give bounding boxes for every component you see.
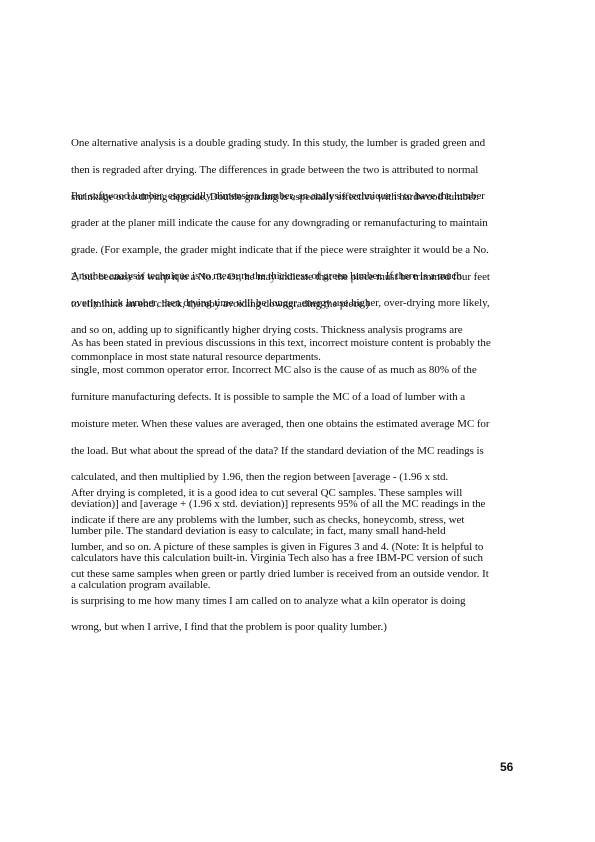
text-line: then is regraded after drying. The diffe…: [71, 164, 533, 177]
text-line: After drying is completed, it is a good …: [71, 487, 533, 500]
text-line: overly thick lumber, then drying time wi…: [71, 297, 533, 310]
text-line: is surprising to me how many times I am …: [71, 595, 533, 608]
text-line: grade. (For example, the grader might in…: [71, 244, 533, 257]
text-line: wrong, but when I arrive, I find that th…: [71, 621, 533, 634]
text-line: For softwood lumber, especially dimensio…: [71, 190, 533, 203]
text-line: lumber, and so on. A picture of these sa…: [71, 541, 533, 554]
paragraph-qc-samples: After drying is completed, it is a good …: [71, 474, 533, 648]
text-line: single, most common operator error. Inco…: [71, 364, 533, 377]
text-line: cut these same samples when green or par…: [71, 568, 533, 581]
text-line: furniture manufacturing defects. It is p…: [71, 391, 533, 404]
text-line: Another analysis technique is to measure…: [71, 270, 533, 283]
document-page: One alternative analysis is a double gra…: [0, 0, 595, 842]
text-line: moisture meter. When these values are av…: [71, 418, 533, 431]
text-line: the load. But what about the spread of t…: [71, 445, 533, 458]
text-line: grader at the planer mill indicate the c…: [71, 217, 533, 230]
text-line: As has been stated in previous discussio…: [71, 337, 533, 350]
text-line: indicate if there are any problems with …: [71, 514, 533, 527]
page-number: 56: [500, 760, 513, 774]
text-line: One alternative analysis is a double gra…: [71, 137, 533, 150]
